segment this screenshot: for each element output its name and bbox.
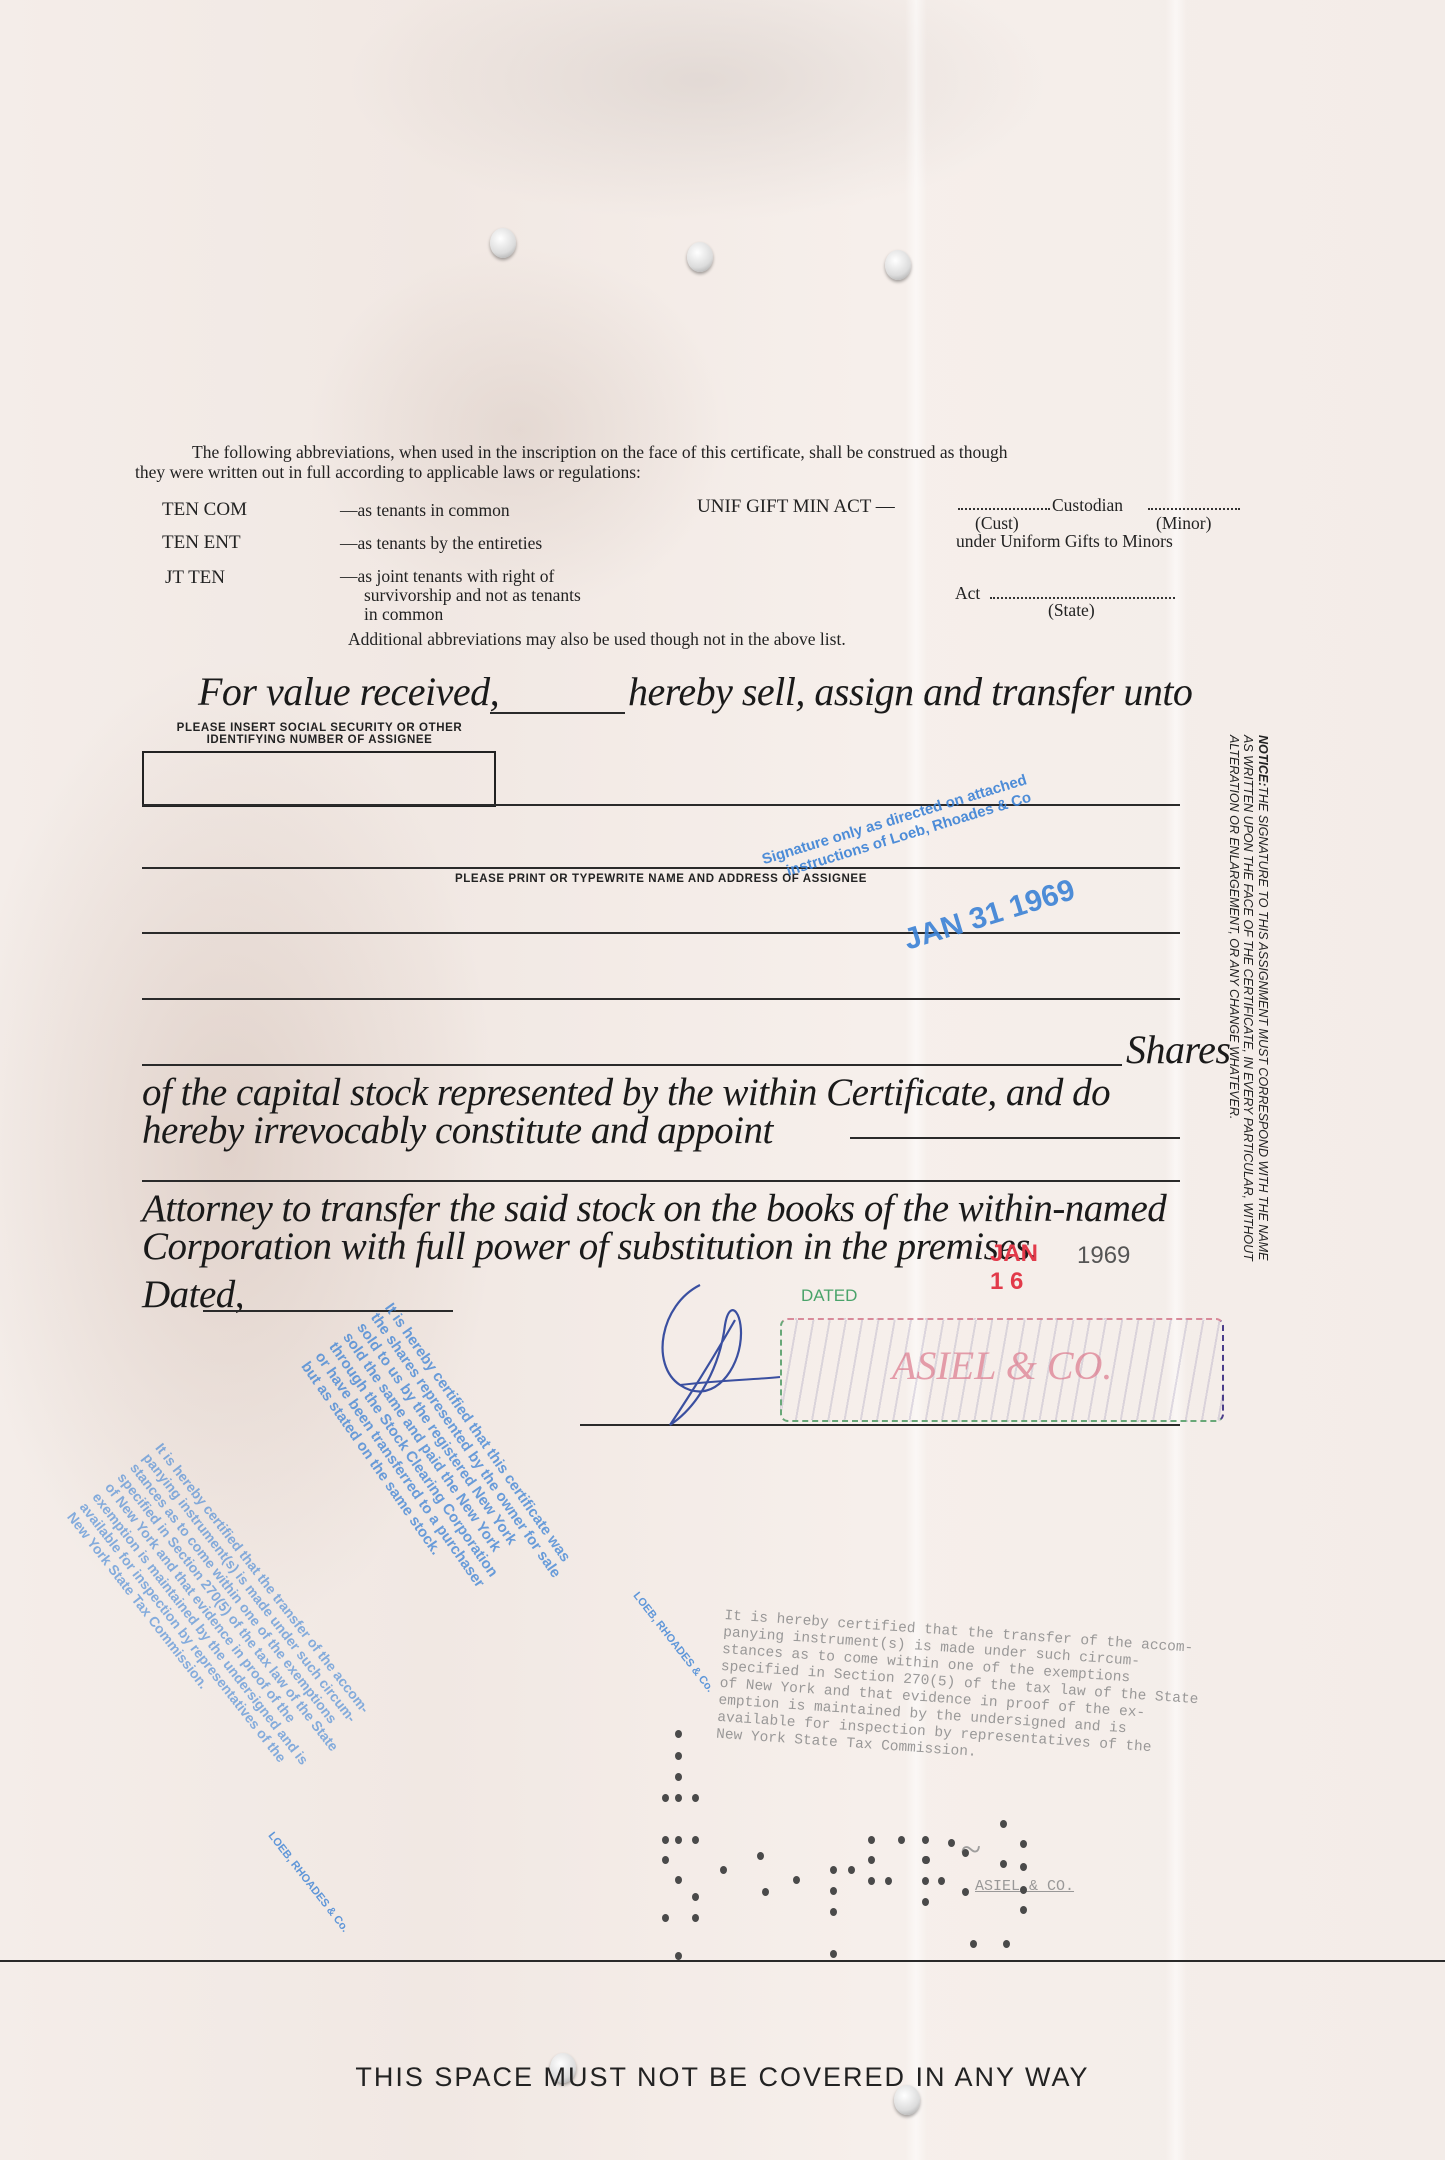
state-field[interactable] [990, 597, 1175, 599]
notice-line-1: THE SIGNATURE TO THIS ASSIGNMENT MUST CO… [1256, 786, 1270, 1260]
perforation-hole [675, 1836, 682, 1844]
under-uniform-gifts: under Uniform Gifts to Minors [956, 532, 1173, 551]
signature-scribble [640, 1265, 790, 1435]
perforation-hole [1020, 1886, 1027, 1894]
perforation-hole [692, 1914, 699, 1922]
perforation-hole [692, 1836, 699, 1844]
ssn-label-line-2: IDENTIFYING NUMBER OF ASSIGNEE [142, 734, 497, 746]
perforation-hole [692, 1893, 699, 1901]
intro-line-2: they were written out in full according … [135, 462, 1285, 482]
state-caption: (State) [1048, 601, 1095, 620]
perforation-hole [962, 1849, 969, 1857]
attorney-name-line[interactable] [850, 1137, 1180, 1139]
notice-line-3: ALTERATION OR ENLARGEMENT, OR ANY CHANGE… [1227, 735, 1242, 1261]
perforation-hole [675, 1773, 682, 1781]
perforation-hole [662, 1836, 669, 1844]
print-name-label: PLEASE PRINT OR TYPEWRITE NAME AND ADDRE… [142, 873, 1180, 885]
perforation-hole [962, 1888, 969, 1896]
minor-field[interactable] [1148, 508, 1240, 510]
perforation-hole [762, 1888, 769, 1896]
perforation-hole [830, 1887, 837, 1895]
perforation-hole [830, 1908, 837, 1916]
assignee-address-line-2[interactable] [142, 932, 1180, 934]
attorney-blank-line[interactable] [142, 1180, 1180, 1182]
perforation-hole [970, 1940, 977, 1948]
perforation-hole [830, 1950, 837, 1958]
notice-line-2: AS WRITTEN UPON THE FACE OF THE CERTIFIC… [1241, 735, 1256, 1261]
perforation-hole [662, 1914, 669, 1922]
perforation-hole [675, 1952, 682, 1960]
jt-ten-line-3: in common [340, 605, 581, 624]
perforation-hole [1020, 1906, 1027, 1914]
guarantee-firm-name: ASIEL & CO. [892, 1342, 1112, 1389]
hereby-sell-text: hereby sell, assign and transfer unto [628, 668, 1192, 715]
notice-text: NOTICE:THE SIGNATURE TO THIS ASSIGNMENT … [1227, 735, 1271, 1261]
abbreviations-intro: The following abbreviations, when used i… [135, 442, 1285, 482]
additional-abbreviations: Additional abbreviations may also be use… [348, 630, 846, 649]
for-value-received: For value received, [198, 668, 499, 715]
abbr-jt-ten: JT TEN [165, 567, 225, 589]
notice-label: NOTICE: [1256, 735, 1270, 786]
perforation-hole [675, 1876, 682, 1884]
perforation-hole [1000, 1820, 1007, 1828]
perforation-hole [1020, 1840, 1027, 1848]
perforation-hole [938, 1877, 945, 1885]
dated-stamp-year: 1969 [1077, 1242, 1130, 1270]
abbr-jt-ten-meaning: —as joint tenants with right of survivor… [340, 567, 581, 624]
dated-line[interactable] [203, 1310, 453, 1312]
abbr-ten-ent-meaning: —as tenants by the entireties [340, 534, 542, 553]
perforation-hole [675, 1730, 682, 1738]
assignee-address-line-1[interactable] [142, 867, 1180, 869]
perforation-hole [868, 1836, 875, 1844]
perforation-hole [922, 1836, 929, 1844]
abbr-ten-ent: TEN ENT [162, 532, 241, 554]
perforation-hole [868, 1877, 875, 1885]
signature-guarantee-stamp: ASIEL & CO. [780, 1318, 1224, 1422]
perforation-hole [922, 1898, 929, 1906]
dated-stamp-label: DATED [801, 1286, 857, 1306]
perforation-hole [830, 1866, 837, 1874]
binding-hole [490, 228, 516, 258]
perforation-hole [948, 1839, 955, 1847]
bottom-divider [0, 1960, 1445, 1962]
perforation-hole [1000, 1860, 1007, 1868]
binding-hole [885, 250, 911, 280]
perforation-hole [922, 1856, 929, 1864]
perforation-hole [793, 1876, 800, 1884]
perforation-hole [898, 1836, 905, 1844]
perforation-hole [1003, 1940, 1010, 1948]
perforation-hole [922, 1877, 929, 1885]
unif-gift-label: UNIF GIFT MIN ACT — [697, 496, 895, 518]
perforation-hole [720, 1866, 727, 1874]
ssn-label: PLEASE INSERT SOCIAL SECURITY OR OTHER I… [142, 722, 497, 746]
assignor-blank[interactable] [490, 712, 625, 714]
perforation-hole [868, 1856, 875, 1864]
hereby-appoint-line: hereby irrevocably constitute and appoin… [142, 1108, 773, 1153]
perforation-hole [757, 1852, 764, 1860]
perforation-hole [1020, 1863, 1027, 1871]
perforation-hole [675, 1752, 682, 1760]
perforation-hole [662, 1856, 669, 1864]
intro-line-1: The following abbreviations, when used i… [135, 442, 1285, 462]
perforation-hole [885, 1877, 892, 1885]
act-label: Act [955, 584, 980, 603]
perforation-hole [675, 1794, 682, 1802]
assignee-address-line-3[interactable] [142, 998, 1180, 1000]
perforation-hole [848, 1866, 855, 1874]
ssn-input-box[interactable] [142, 751, 496, 807]
shares-count-line[interactable] [142, 1064, 1122, 1066]
jt-ten-line-2: survivorship and not as tenants [340, 586, 581, 605]
custodian-label: Custodian [1052, 496, 1123, 515]
perforation-hole [692, 1794, 699, 1802]
fold-crease [1165, 0, 1187, 2160]
corporation-line: Corporation with full power of substitut… [142, 1224, 1039, 1269]
footer-warning: THIS SPACE MUST NOT BE COVERED IN ANY WA… [0, 2062, 1445, 2093]
abbr-ten-com-meaning: —as tenants in common [340, 501, 510, 520]
binding-hole [687, 242, 713, 272]
jt-ten-line-1: —as joint tenants with right of [340, 567, 581, 586]
abbr-ten-com: TEN COM [162, 499, 247, 521]
perforation-hole [662, 1794, 669, 1802]
shares-label: Shares [1126, 1026, 1230, 1073]
ssn-label-line-1: PLEASE INSERT SOCIAL SECURITY OR OTHER [142, 722, 497, 734]
custodian-field[interactable] [958, 508, 1050, 510]
dated-stamp-red: JAN 1 6 [990, 1240, 1038, 1296]
